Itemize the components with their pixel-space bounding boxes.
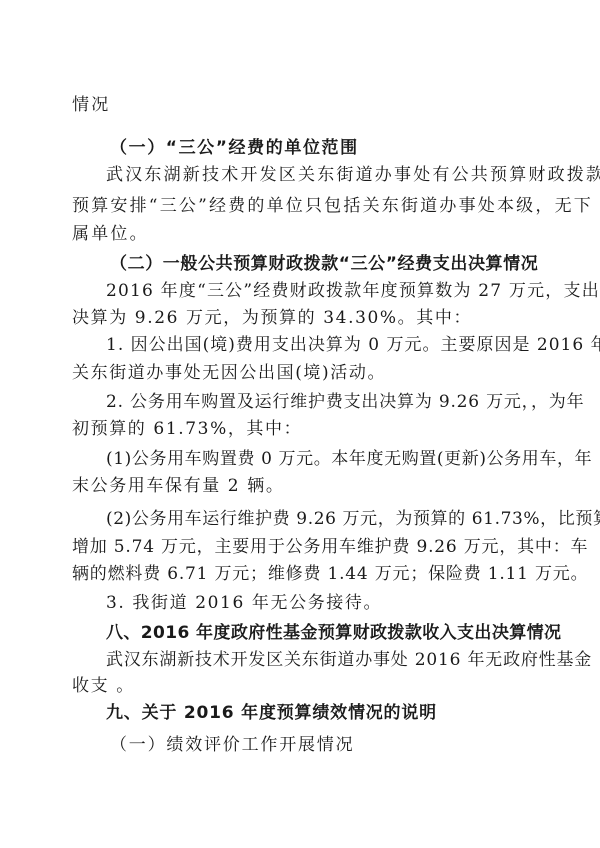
paragraph-line: 2016 年度“三公”经费财政拨款年度预算数为 27 万元，支出: [106, 280, 532, 302]
paragraph-line: 末公务用车保有量 2 辆。: [72, 475, 532, 497]
paragraph-line: 武汉东湖新技术开发区关东街道办事处有公共预算财政拨款: [106, 164, 532, 186]
subheading-scope: （一）“三公”经费的单位范围: [110, 137, 536, 159]
continued-heading-text: 情况: [72, 94, 532, 116]
subheading-expenditure: （二）一般公共预算财政拨款“三公”经费支出决算情况: [110, 253, 536, 275]
paragraph-line: 收支 。: [72, 675, 532, 697]
subheading-performance: （一）绩效评价工作开展情况: [110, 734, 536, 756]
section-heading-9: 九、关于 2016 年度预算绩效情况的说明: [106, 702, 532, 724]
paragraph-line: 1. 因公出国(境)费用支出决算为 0 万元。主要原因是 2016 年: [106, 334, 532, 356]
paragraph-line: 武汉东湖新技术开发区关东街道办事处 2016 年无政府性基金: [106, 649, 532, 671]
paragraph-line: 2. 公务用车购置及运行维护费支出决算为 9.26 万元，，为年: [106, 391, 532, 413]
document-page: 情况 （一）“三公”经费的单位范围 武汉东湖新技术开发区关东街道办事处有公共预算…: [0, 0, 600, 848]
paragraph-line: 增加 5.74 万元，主要用于公务用车维护费 9.26 万元，其中：车: [72, 536, 532, 558]
paragraph-line: 关东街道办事处无因公出国(境)活动。: [72, 362, 532, 384]
paragraph-line: 决算为 9.26 万元，为预算的 34.30%。其中：: [72, 307, 532, 329]
paragraph-line: 预算安排“三公”经费的单位只包括关东街道办事处本级，无下: [72, 195, 532, 217]
paragraph-line: 属单位。: [72, 223, 532, 245]
paragraph-line: 初预算的 61.73%，其中：: [72, 418, 532, 440]
paragraph-line: 3. 我街道 2016 年无公务接待。: [106, 592, 532, 614]
paragraph-line: (2)公务用车运行维护费 9.26 万元，为预算的 61.73%，比预算: [106, 508, 532, 530]
section-heading-8: 八、2016 年度政府性基金预算财政拨款收入支出决算情况: [106, 622, 532, 644]
paragraph-line: 辆的燃料费 6.71 万元；维修费 1.44 万元；保险费 1.11 万元。: [72, 563, 532, 585]
paragraph-line: (1)公务用车购置费 0 万元。本年度无购置(更新)公务用车，年: [106, 448, 532, 470]
